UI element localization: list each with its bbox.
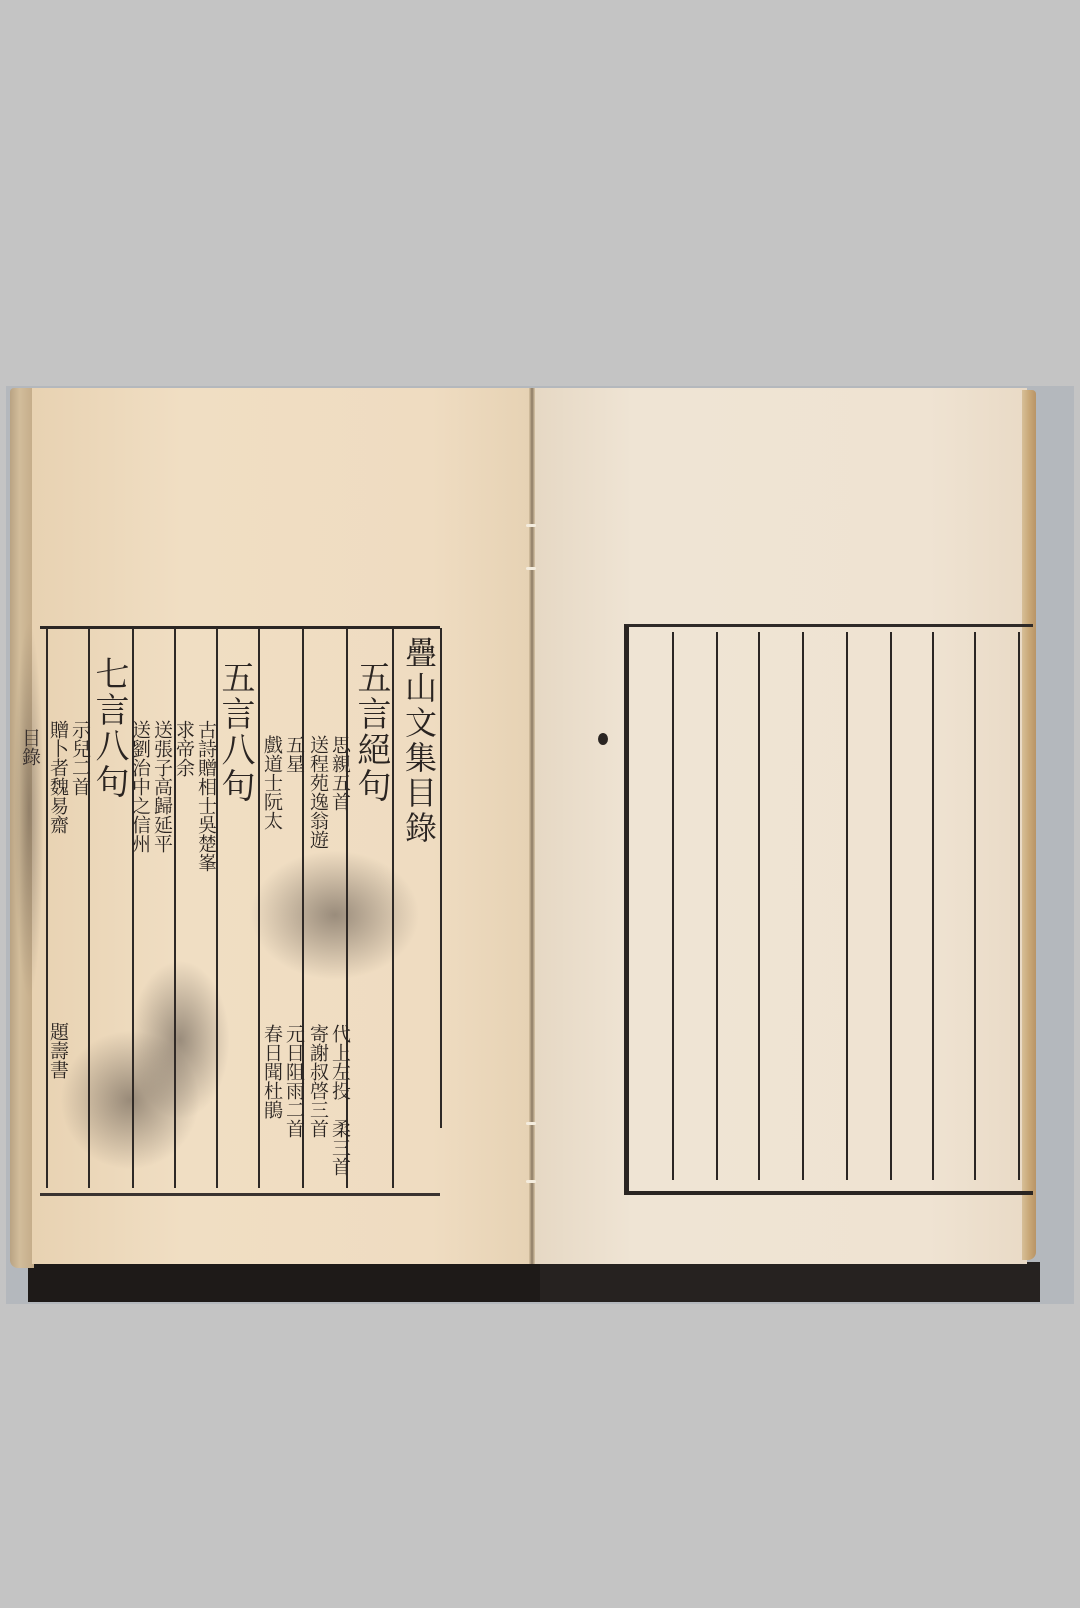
toc-entry: 代上左投 柔三首 bbox=[330, 1024, 349, 1176]
toc-entry: 思親五首 bbox=[330, 735, 349, 811]
toc-entry: 送張子高歸延平 bbox=[152, 720, 171, 853]
ink-smudge bbox=[250, 850, 420, 980]
toc-entry: 送劉治中之信州 bbox=[130, 720, 149, 853]
column-rule bbox=[974, 632, 976, 1180]
binding-stitch bbox=[526, 1122, 536, 1125]
book-spine bbox=[529, 388, 535, 1264]
binding-stitch bbox=[526, 524, 536, 527]
column-rule bbox=[932, 632, 934, 1180]
toc-entry: 贈卜者魏易齋 bbox=[48, 720, 67, 834]
column-rule bbox=[672, 632, 674, 1180]
toc-entry: 元日阻雨二首 bbox=[284, 1024, 303, 1138]
book-shadow-right bbox=[540, 1262, 1040, 1302]
column-rule bbox=[1018, 632, 1020, 1180]
column-rule bbox=[846, 632, 848, 1180]
toc-entry: 戲道士阮太 bbox=[262, 735, 281, 830]
section-heading: 五言八句 bbox=[218, 660, 252, 804]
section-heading: 五言絕句 bbox=[354, 660, 388, 804]
ink-blot bbox=[598, 733, 608, 745]
toc-entry: 五星 bbox=[284, 735, 303, 773]
toc-entry: 春日聞杜鵑 bbox=[262, 1024, 281, 1119]
toc-entry: 寄謝叔啓三首 bbox=[308, 1024, 327, 1138]
column-rule bbox=[802, 632, 804, 1180]
ink-bleed-edge bbox=[14, 620, 44, 1000]
toc-entry: 求帝余 bbox=[174, 720, 193, 777]
column-rule bbox=[46, 628, 48, 1188]
column-rule bbox=[890, 632, 892, 1180]
binding-stitch bbox=[526, 1180, 536, 1183]
column-rule bbox=[440, 628, 442, 1128]
toc-entry: 古詩贈相士吳楚峯 bbox=[196, 720, 215, 872]
binding-stitch bbox=[526, 567, 536, 570]
toc-entry: 送程苑逸翁遊 bbox=[308, 735, 327, 849]
column-rule bbox=[758, 632, 760, 1180]
column-rule bbox=[716, 632, 718, 1180]
right-text-frame bbox=[624, 624, 1033, 1195]
toc-entry: 示兒二首 bbox=[70, 720, 89, 796]
page-title: 疊山文集目錄 bbox=[403, 636, 435, 846]
ink-smudge bbox=[60, 1030, 200, 1170]
section-heading: 七言八句 bbox=[92, 656, 126, 800]
